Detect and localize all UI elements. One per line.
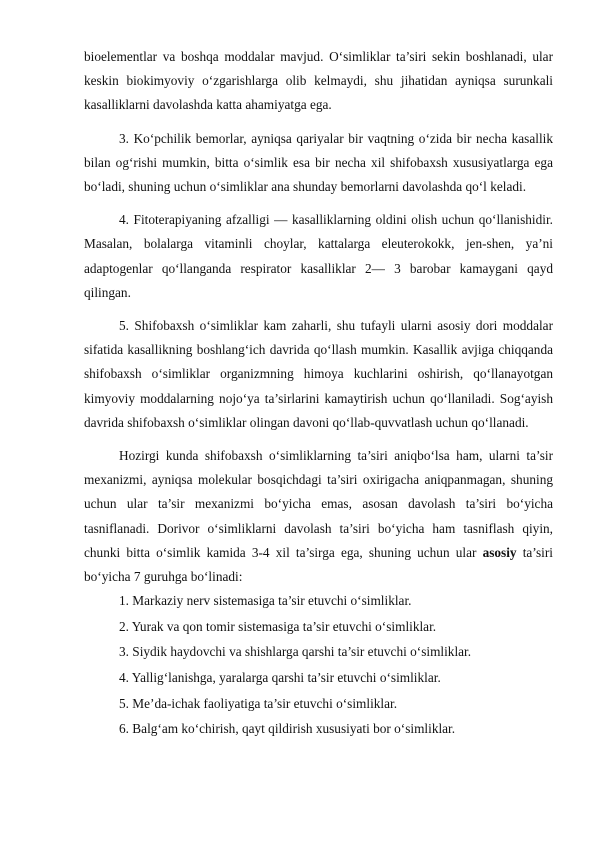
paragraph-point-3: 3. Ko‘pchilik bemorlar, ayniqsa qariyala… [84, 127, 553, 200]
list-item: 6. Balg‘am ko‘chirish, qayt qildirish xu… [84, 717, 553, 741]
document-page: bioelementlar va boshqa moddalar mavjud.… [84, 45, 553, 743]
list-item: 5. Me’da-ichak faoliyatiga ta’sir etuvch… [84, 692, 553, 716]
classification-text-start: Hozirgi kunda shifobaxsh o‘simliklarning… [84, 448, 553, 560]
classification-bold-word: asosiy [483, 545, 517, 560]
list-item: 3. Siydik haydovchi va shishlarga qarshi… [84, 640, 553, 664]
list-item: 4. Yallig‘lanishga, yaralarga qarshi ta’… [84, 666, 553, 690]
paragraph-point-4: 4. Fitoterapiyaning afzalligi — kasallik… [84, 208, 553, 305]
paragraph-classification: Hozirgi kunda shifobaxsh o‘simliklarning… [84, 444, 553, 589]
list-item: 1. Markaziy nerv sistemasiga ta’sir etuv… [84, 589, 553, 613]
plant-groups-list: 1. Markaziy nerv sistemasiga ta’sir etuv… [84, 589, 553, 741]
paragraph-point-5: 5. Shifobaxsh o‘simliklar kam zaharli, s… [84, 314, 553, 435]
paragraph-continuation: bioelementlar va boshqa moddalar mavjud.… [84, 45, 553, 118]
list-item: 2. Yurak va qon tomir sistemasiga ta’sir… [84, 615, 553, 639]
